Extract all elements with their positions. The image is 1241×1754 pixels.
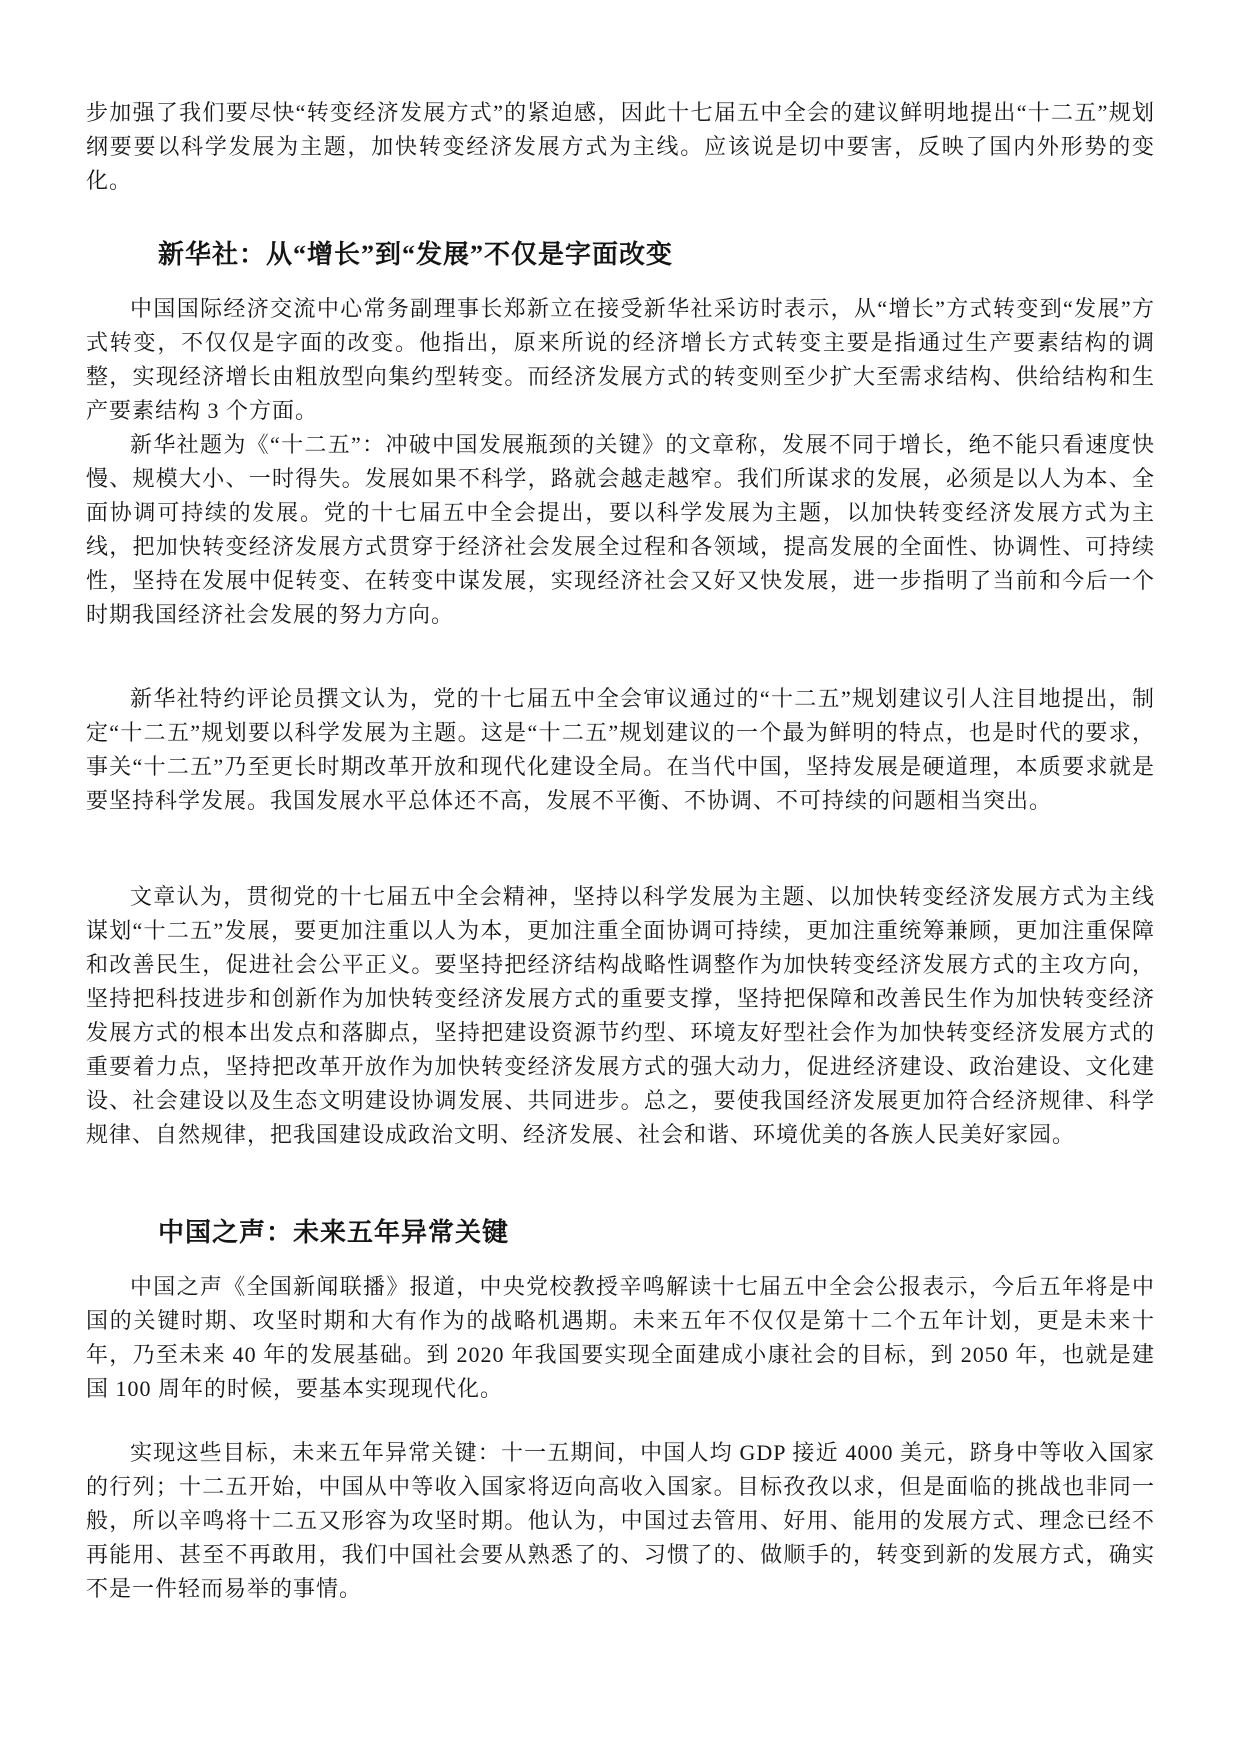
paragraph-zhengxinli-interview: 中国国际经济交流中心常务副理事长郑新立在接受新华社采访时表示，从“增长”方式转变… bbox=[86, 292, 1155, 428]
section-heading-voice-of-china: 中国之声：未来五年异常关键 bbox=[86, 1212, 1155, 1254]
paragraph-article-viewpoint: 文章认为，贯彻党的十七届五中全会精神，坚持以科学发展为主题、以加快转变经济发展方… bbox=[86, 880, 1155, 1152]
document-page: 步加强了我们要尽快“转变经济发展方式”的紧迫感，因此十七届五中全会的建议鲜明地提… bbox=[0, 0, 1241, 1754]
paragraph-commentator: 新华社特约评论员撰文认为，党的十七届五中全会审议通过的“十二五”规划建议引人注目… bbox=[86, 682, 1155, 818]
section-heading-xinhua: 新华社：从“增长”到“发展”不仅是字面改变 bbox=[86, 234, 1155, 276]
paragraph-xinhua-article: 新华社题为《“十二五”：冲破中国发展瓶颈的关键》的文章称，发展不同于增长，绝不能… bbox=[86, 428, 1155, 632]
paragraph-goals-key-period: 实现这些目标，未来五年异常关键：十一五期间，中国人均 GDP 接近 4000 美… bbox=[86, 1436, 1155, 1606]
paragraph-continuation: 步加强了我们要尽快“转变经济发展方式”的紧迫感，因此十七届五中全会的建议鲜明地提… bbox=[86, 96, 1155, 198]
paragraph-xinming-interpretation: 中国之声《全国新闻联播》报道，中央党校教授辛鸣解读十七届五中全会公报表示，今后五… bbox=[86, 1270, 1155, 1406]
